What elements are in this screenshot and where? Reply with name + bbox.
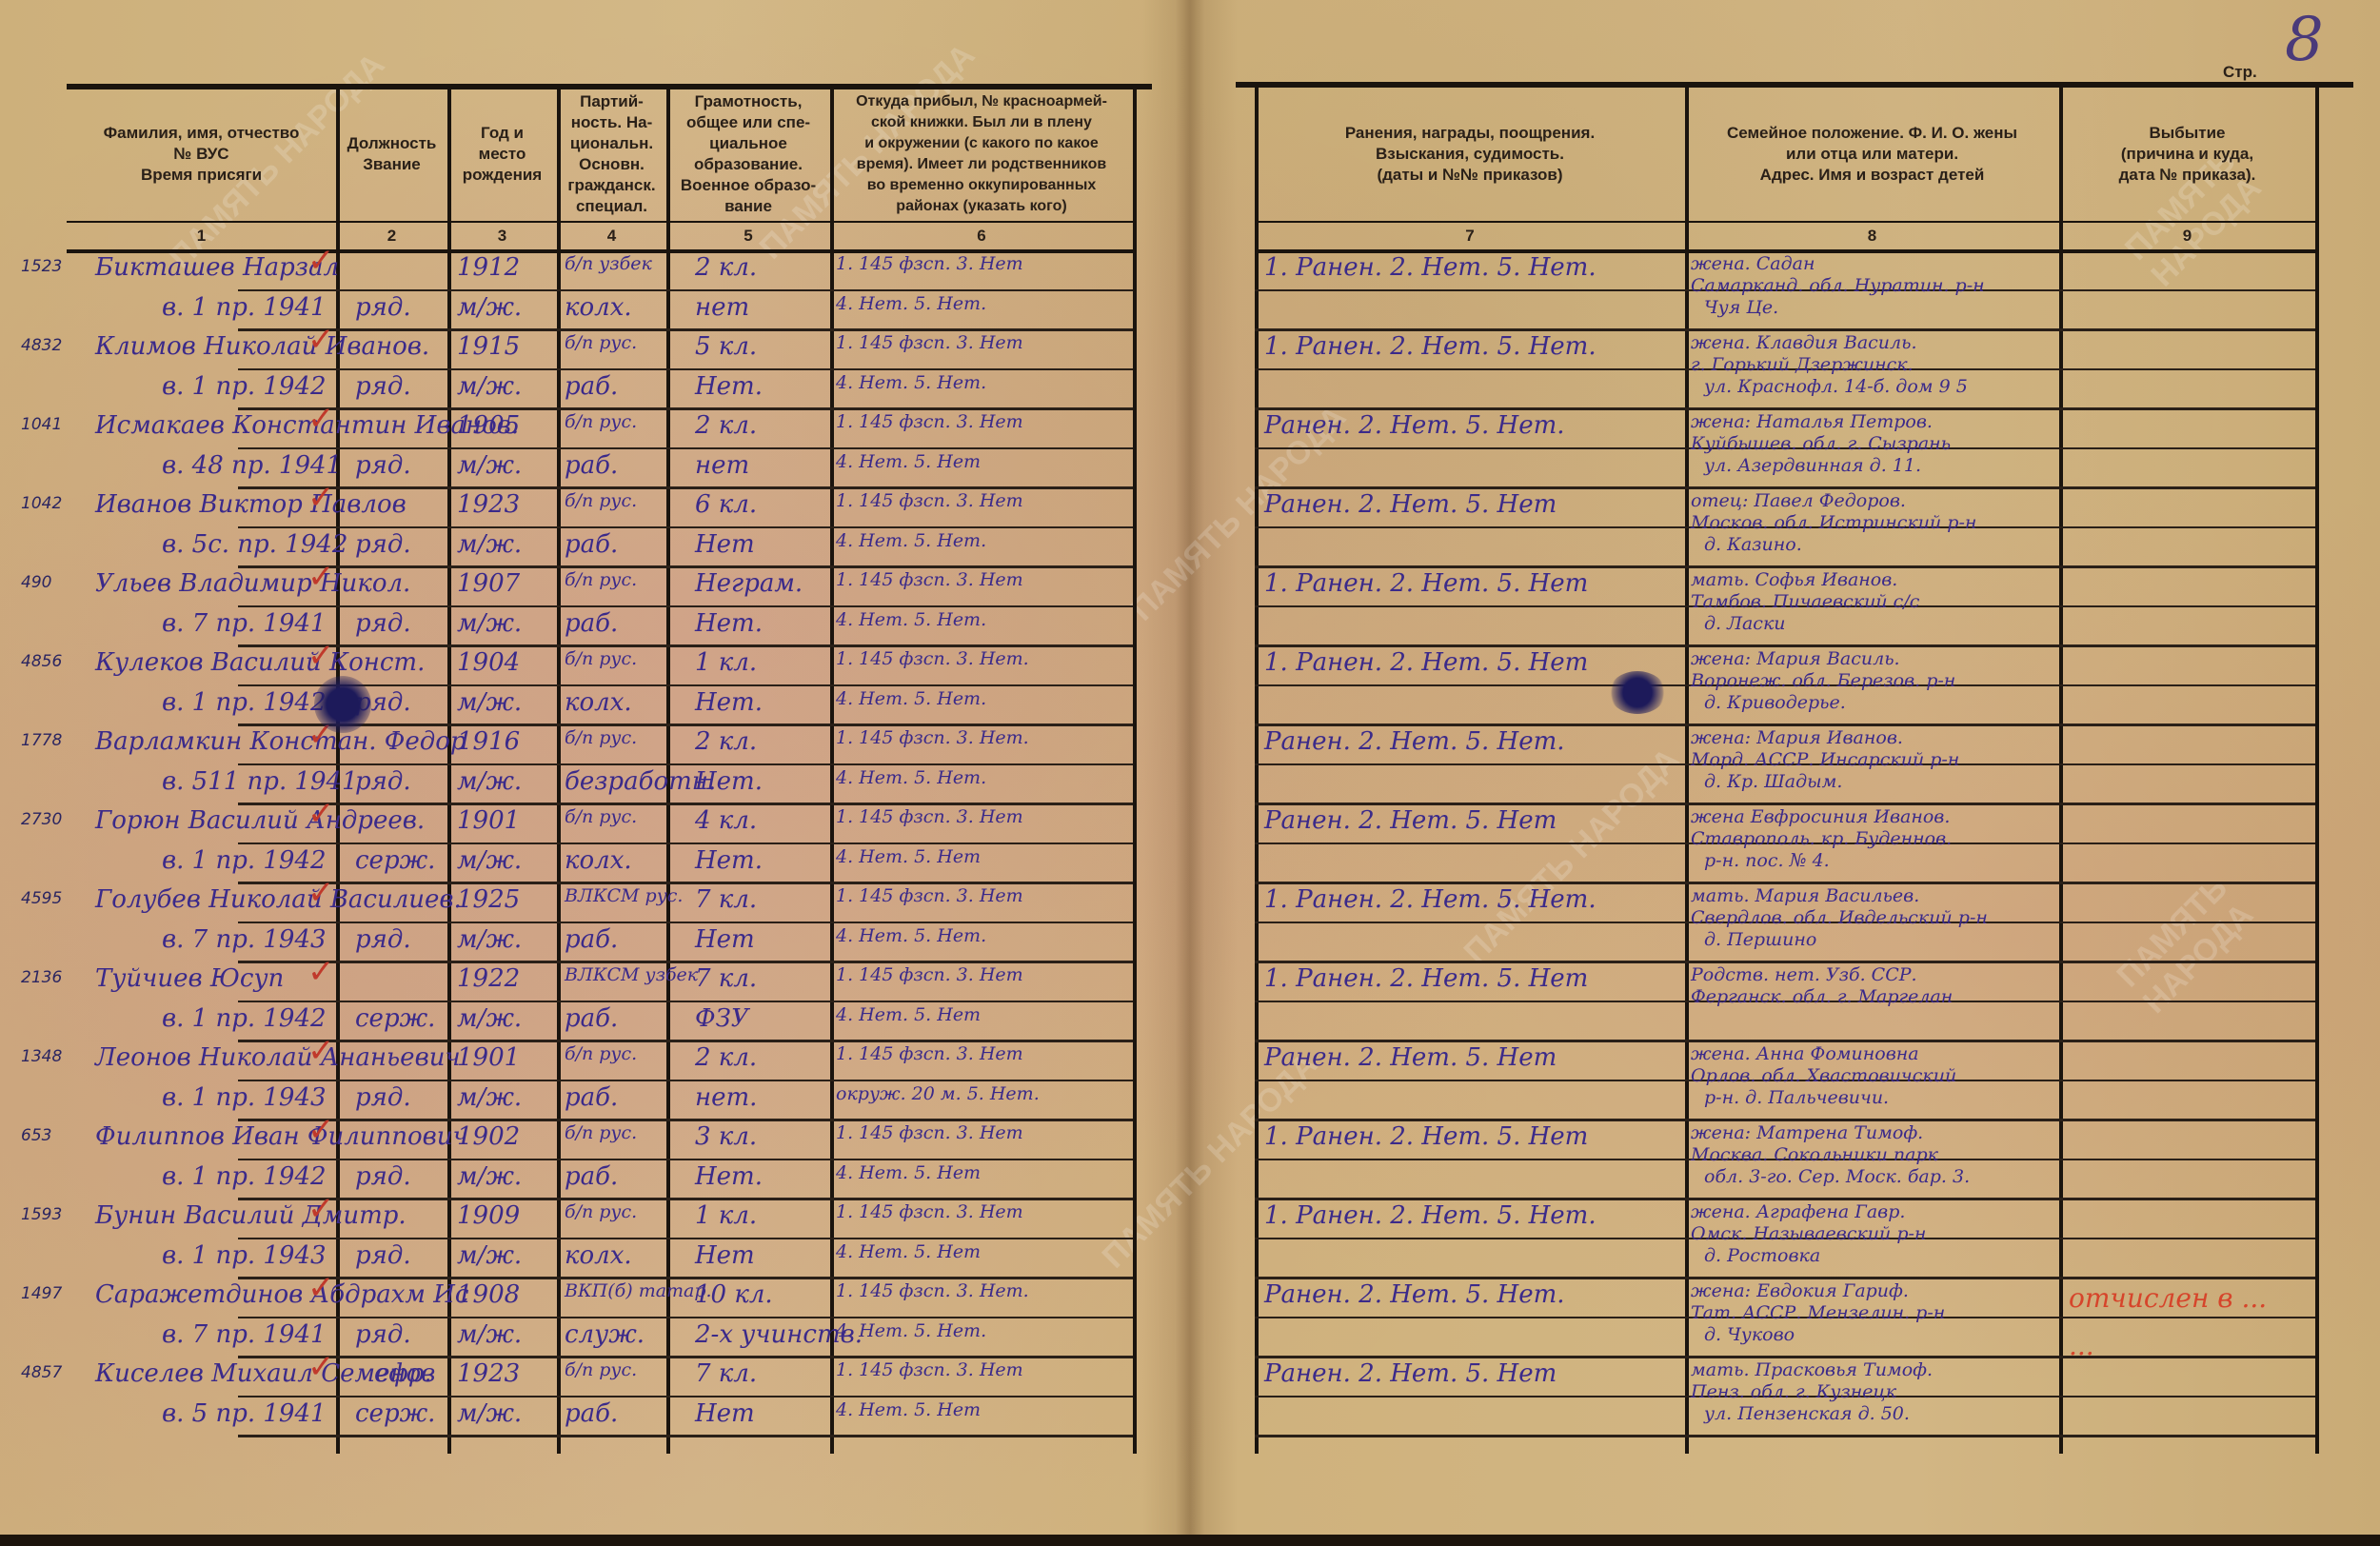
family-member: жена. Садан [1691, 255, 1815, 273]
rank: ряд. [355, 1243, 411, 1268]
header-text: Основн. [579, 154, 645, 175]
family-address: Москва. Сокольники парк [1691, 1146, 1938, 1164]
header-text: гражданск. [567, 175, 655, 196]
military-education: Нет. [695, 769, 763, 794]
soldier-name: Туйчиев Юсуп [95, 966, 284, 991]
party-nationality: б/п рус. [565, 492, 637, 510]
oath-date: в. 5 пр. 1941 [162, 1401, 327, 1426]
oath-date: в. 1 пр. 1941 [162, 295, 327, 320]
registration-number: 4595 [21, 889, 62, 908]
captivity-info: 4. Нет. 5. Нет. [836, 690, 986, 708]
awards-wounds: Ранен. 2. Нет. 5. Нет. [1264, 729, 1565, 754]
family-member: Родств. нет. Узб. ССР. [1691, 966, 1917, 984]
civil-specialty: раб. [565, 1085, 618, 1110]
header-text: рождения [463, 165, 542, 186]
family-address: Морд. АССР. Инсарский р-н [1691, 751, 1959, 769]
origin-info: 1. 145 фзсп. 3. Нет [836, 255, 1023, 273]
row-rule [238, 1001, 1133, 1002]
oath-date: в. 1 пр. 1942 [162, 374, 327, 399]
row-rule [1255, 723, 2315, 726]
education: 2 кл. [695, 413, 757, 438]
family-address-line: д. Кр. Шадым. [1704, 773, 1842, 791]
row-rule [238, 1080, 1133, 1081]
awards-wounds: 1. Ранен. 2. Нет. 5. Нет. [1264, 255, 1597, 280]
awards-wounds: 1. Ранен. 2. Нет. 5. Нет [1264, 1124, 1588, 1149]
awards-wounds: 1. Ранен. 2. Нет. 5. Нет. [1264, 1203, 1597, 1228]
header-text: Семейное положение. Ф. И. О. жены [1727, 123, 2017, 144]
military-education: ФЗУ [695, 1006, 749, 1031]
rank: ряд. [355, 532, 411, 557]
column-header-1: Фамилия, имя, отчество№ ВУСВремя присяги [67, 89, 336, 219]
party-nationality: б/п рус. [565, 413, 637, 431]
header-text: Откуда прибыл, № красноармей- [856, 91, 1107, 112]
birth-place: м/ж. [457, 1164, 522, 1189]
table-top-border [1236, 82, 2353, 88]
party-nationality: б/п рус. [565, 1045, 637, 1063]
column-number: 5 [666, 227, 830, 246]
birth-year: 1916 [457, 729, 520, 754]
row-rule [238, 1317, 1133, 1318]
header-text: циальное [709, 133, 787, 154]
family-address: Воронеж. обл. Березов. р-н [1691, 672, 1955, 690]
row-rule [1255, 803, 2315, 805]
family-address: Москов. обл. Истринский р-н [1691, 514, 1976, 532]
birth-year: 1904 [457, 650, 520, 675]
rank: серж. [355, 1006, 435, 1031]
family-address-line: р-н. д. Пальчевичи. [1704, 1089, 1889, 1107]
origin-info: 1. 145 фзсп. 3. Нет [836, 808, 1023, 826]
registration-number: 4856 [21, 652, 62, 671]
rank: ряд. [355, 453, 411, 478]
check-mark-icon: ✓ [307, 321, 335, 359]
column-header-3: Год иместорождения [447, 89, 557, 219]
education: 10 кл. [695, 1282, 773, 1307]
row-rule [238, 447, 1133, 449]
header-text: Ранения, награды, поощрения. [1345, 123, 1595, 144]
birth-year: 1909 [457, 1203, 520, 1228]
family-member: мать. Мария Васильев. [1691, 887, 1919, 905]
soldier-name: Голубев Николай Василиев. [95, 887, 462, 912]
captivity-info: 4. Нет. 5. Нет. [836, 611, 986, 629]
family-member: жена. Анна Фоминовна [1691, 1045, 1919, 1063]
awards-wounds: 1. Ранен. 2. Нет. 5. Нет. [1264, 334, 1597, 359]
ink-blot [1609, 671, 1666, 714]
family-address: Тамбов. Пичаевский с/с [1691, 593, 1919, 611]
education: 3 кл. [695, 1124, 757, 1149]
header-text: Военное образо- [681, 175, 816, 196]
check-mark-icon: ✓ [307, 479, 335, 517]
birth-place: м/ж. [457, 295, 522, 320]
birth-place: м/ж. [457, 848, 522, 873]
column-number: 9 [2059, 227, 2315, 246]
oath-date: в. 1 пр. 1942 [162, 1006, 327, 1031]
row-rule [238, 486, 1133, 489]
origin-info: 1. 145 фзсп. 3. Нет [836, 334, 1023, 352]
birth-year: 1923 [457, 492, 520, 517]
captivity-info: 4. Нет. 5. Нет [836, 1401, 981, 1419]
family-address-line: д. Криводерье. [1704, 694, 1846, 712]
birth-place: м/ж. [457, 769, 522, 794]
birth-year: 1912 [457, 255, 520, 280]
soldier-name: Ульев Владимир Никол. [95, 571, 410, 596]
military-education: Нет [695, 1243, 755, 1268]
captivity-info: 4. Нет. 5. Нет [836, 1243, 981, 1261]
row-rule [1255, 407, 2315, 410]
header-rule [1255, 221, 2315, 223]
registration-number: 1041 [21, 415, 62, 434]
oath-date: в. 1 пр. 1942 [162, 1164, 327, 1189]
family-address-line: д. Ростовка [1704, 1247, 1820, 1265]
birth-year: 1923 [457, 1361, 520, 1386]
family-address: г. Горький Дзержинск. [1691, 356, 1914, 374]
awards-wounds: Ранен. 2. Нет. 5. Нет [1264, 808, 1557, 833]
column-header-4: Партий-ность. На-циональн.Основн.граждан… [557, 89, 666, 219]
civil-specialty: раб. [565, 1006, 618, 1031]
origin-info: 1. 145 фзсп. 3. Нет [836, 492, 1023, 510]
oath-date: в. 48 пр. 1941 [162, 453, 342, 478]
row-rule [1255, 1198, 2315, 1200]
origin-info: 1. 145 фзсп. 3. Нет [836, 887, 1023, 905]
soldier-name: Климов Николай Иванов. [95, 334, 429, 359]
row-rule [238, 1198, 1133, 1200]
ink-blot [314, 676, 371, 733]
row-rule [238, 684, 1133, 686]
education: 2 кл. [695, 1045, 757, 1070]
row-rule [238, 1396, 1133, 1397]
family-address-line: ул. Азердвинная д. 11. [1704, 457, 1921, 475]
military-education: Нет. [695, 690, 763, 715]
column-header-2: ДолжностьЗвание [336, 89, 447, 219]
check-mark-icon: ✓ [307, 637, 335, 675]
family-address: Куйбышев. обл. г. Сызрань [1691, 435, 1951, 453]
row-rule [238, 407, 1133, 410]
row-rule [1255, 1119, 2315, 1121]
captivity-info: 4. Нет. 5. Нет [836, 453, 981, 471]
rank: ряд. [355, 611, 411, 636]
captivity-info: 4. Нет. 5. Нет. [836, 927, 986, 945]
registration-number: 1778 [21, 731, 62, 750]
header-text: вание [724, 196, 772, 217]
family-member: жена. Клавдия Василь. [1691, 334, 1917, 352]
military-education: Нет. [695, 1164, 763, 1189]
column-number: 6 [830, 227, 1133, 246]
family-member: мать. Софья Иванов. [1691, 571, 1897, 589]
origin-info: 1. 145 фзсп. 3. Нет. [836, 729, 1029, 747]
military-education: Нет. [695, 374, 763, 399]
education: 7 кл. [695, 1361, 757, 1386]
header-text: ской книжки. Был ли в плену [871, 112, 1092, 133]
check-mark-icon: ✓ [307, 795, 335, 833]
column-header-9: Выбытие(причина и куда,дата № приказа). [2059, 89, 2315, 219]
awards-wounds: 1. Ранен. 2. Нет. 5. Нет [1264, 650, 1588, 675]
row-rule [1255, 328, 2315, 331]
header-text: место [479, 144, 526, 165]
party-nationality: б/п рус. [565, 1361, 637, 1379]
party-nationality: ВКП(б) татар. [565, 1282, 712, 1300]
column-number: 4 [557, 227, 666, 246]
family-address-line: обл. 3-го. Сер. Моск. бар. 3. [1704, 1168, 1970, 1186]
captivity-info: 4. Нет. 5. Нет. [836, 769, 986, 787]
rank: ряд. [355, 295, 411, 320]
origin-info: 1. 145 фзсп. 3. Нет [836, 1045, 1023, 1063]
birth-year: 1905 [457, 413, 520, 438]
civil-specialty: раб. [565, 927, 618, 952]
check-mark-icon: ✓ [307, 874, 335, 912]
rank: ряд. [355, 769, 411, 794]
row-rule [238, 1356, 1133, 1358]
birth-year: 1907 [457, 571, 520, 596]
civil-specialty: колх. [565, 848, 632, 873]
header-text: и окружении (с какого по какое [864, 133, 1099, 154]
family-member: жена: Матрена Тимоф. [1691, 1124, 1923, 1142]
page-label: Стр. [2223, 63, 2257, 82]
header-text: во временно оккупированных [867, 175, 1097, 196]
departure-note: отчислен в ... [2069, 1282, 2267, 1314]
party-nationality: б/п рус. [565, 1203, 637, 1221]
party-nationality: б/п рус. [565, 1124, 637, 1142]
birth-place: м/ж. [457, 532, 522, 557]
check-mark-icon: ✓ [307, 1348, 335, 1386]
soldier-name: Иванов Виктор Павлов [95, 492, 407, 517]
birth-year: 1901 [457, 1045, 520, 1070]
rank: ряд. [355, 1322, 411, 1347]
origin-info: 1. 145 фзсп. 3. Нет [836, 1361, 1023, 1379]
education: 6 кл. [695, 492, 757, 517]
civil-specialty: раб. [565, 453, 618, 478]
header-rule [67, 221, 1133, 223]
civil-specialty: безработн. [565, 769, 716, 794]
origin-info: 1. 145 фзсп. 3. Нет [836, 1124, 1023, 1142]
row-rule [238, 526, 1133, 528]
captivity-info: окруж. 20 м. 5. Нет. [836, 1085, 1040, 1103]
rank: ряд. [355, 1085, 411, 1110]
party-nationality: б/п рус. [565, 729, 637, 747]
education: 5 кл. [695, 334, 757, 359]
family-address-line: ул. Краснофл. 14-б. дом 9 5 [1704, 378, 1968, 396]
header-text: Грамотность, [695, 91, 803, 112]
origin-info: 1. 145 фзсп. 3. Нет [836, 1203, 1023, 1221]
military-education: нет [695, 295, 749, 320]
awards-wounds: 1. Ранен. 2. Нет. 5. Нет. [1264, 887, 1597, 912]
row-rule [238, 882, 1133, 884]
family-address-line: д. Ласки [1704, 615, 1786, 633]
awards-wounds: Ранен. 2. Нет. 5. Нет [1264, 492, 1557, 517]
education: Неграм. [695, 571, 803, 596]
rank: ряд. [355, 374, 411, 399]
family-address-line: Чуя Це. [1704, 299, 1778, 317]
civil-specialty: колх. [565, 295, 632, 320]
family-address-line: д. Казино. [1704, 536, 1802, 554]
family-address-line: ул. Пензенская д. 50. [1704, 1405, 1910, 1423]
family-address: Омск. Называевский р-н [1691, 1225, 1926, 1243]
row-rule [1255, 644, 2315, 647]
header-text: Должность [347, 133, 437, 154]
awards-wounds: Ранен. 2. Нет. 5. Нет [1264, 1361, 1557, 1386]
education: 1 кл. [695, 650, 757, 675]
check-mark-icon: ✓ [307, 400, 335, 438]
party-nationality: ВЛКСМ узбек [565, 966, 698, 984]
column-divider [2315, 84, 2319, 1454]
birth-year: 1922 [457, 966, 520, 991]
position: ефр. [374, 1361, 432, 1386]
header-text: районах (указать кого) [896, 196, 1066, 217]
departure-note: ... [2069, 1330, 2094, 1361]
party-nationality: б/п рус. [565, 571, 637, 589]
family-address: Тат. АССР. Мензелин. р-н [1691, 1304, 1945, 1322]
column-number: 1 [67, 227, 336, 246]
party-nationality: б/п узбек [565, 255, 652, 273]
origin-info: 1. 145 фзсп. 3. Нет [836, 413, 1023, 431]
birth-place: м/ж. [457, 374, 522, 399]
civil-specialty: служ. [565, 1322, 645, 1347]
civil-specialty: раб. [565, 1164, 618, 1189]
column-header-6: Откуда прибыл, № красноармей-ской книжки… [830, 89, 1133, 219]
soldier-name: Леонов Николай Ананьевич [95, 1045, 461, 1070]
military-education: Нет. [695, 611, 763, 636]
page-number: 8 [2285, 5, 2324, 75]
row-rule [238, 328, 1133, 331]
civil-specialty: колх. [565, 1243, 632, 1268]
registration-number: 2730 [21, 810, 62, 829]
header-text: циональн. [570, 133, 653, 154]
birth-place: м/ж. [457, 1322, 522, 1347]
birth-place: м/ж. [457, 927, 522, 952]
oath-date: в. 7 пр. 1943 [162, 927, 327, 952]
civil-specialty: раб. [565, 1401, 618, 1426]
check-mark-icon: ✓ [307, 242, 335, 280]
registration-number: 1497 [21, 1284, 62, 1303]
captivity-info: 4. Нет. 5. Нет [836, 1006, 981, 1024]
registration-number: 1593 [21, 1205, 62, 1224]
row-rule [1255, 1277, 2315, 1279]
registration-number: 4857 [21, 1363, 62, 1382]
registration-number: 4832 [21, 336, 62, 355]
family-member: жена. Аграфена Гавр. [1691, 1203, 1905, 1221]
family-address: Свердлов. обл. Ивдельский р-н [1691, 909, 1988, 927]
header-text: Год и [481, 123, 524, 144]
oath-date: в. 7 пр. 1941 [162, 611, 327, 636]
registration-number: 1348 [21, 1047, 62, 1066]
row-rule [1255, 1356, 2315, 1358]
origin-info: 1. 145 фзсп. 3. Нет. [836, 650, 1029, 668]
origin-info: 1. 145 фзсп. 3. Нет [836, 966, 1023, 984]
header-text: (даты и №№ приказов) [1377, 165, 1562, 186]
header-text: специал. [576, 196, 647, 217]
birth-place: м/ж. [457, 1401, 522, 1426]
row-rule [238, 605, 1133, 607]
soldier-name: Кулеков Василий Конст. [95, 650, 425, 675]
header-text: Адрес. Имя и возраст детей [1760, 165, 1985, 186]
check-mark-icon: ✓ [307, 953, 335, 991]
family-address: Ставрополь. кр. Буденнов. [1691, 830, 1952, 848]
family-address-line: д. Першино [1704, 931, 1816, 949]
check-mark-icon: ✓ [307, 1111, 335, 1149]
party-nationality: ВЛКСМ рус. [565, 887, 683, 905]
civil-specialty: колх. [565, 690, 632, 715]
soldier-name: Филиппов Иван Филиппович [95, 1124, 468, 1149]
military-education: Нет. [695, 848, 763, 873]
birth-year: 1915 [457, 334, 520, 359]
row-rule [238, 803, 1133, 805]
column-header-5: Грамотность,общее или спе-циальноеобразо… [666, 89, 830, 219]
registration-number: 1042 [21, 494, 62, 513]
military-education: нет. [695, 1085, 757, 1110]
soldier-name: Варламкин Констан. Федор [95, 729, 466, 754]
oath-date: в. 1 пр. 1942 [162, 690, 327, 715]
education: 2 кл. [695, 729, 757, 754]
birth-place: м/ж. [457, 611, 522, 636]
education: 1 кл. [695, 1203, 757, 1228]
column-number: 8 [1685, 227, 2059, 246]
header-text: (причина и куда, [2121, 144, 2253, 165]
soldier-name: Бунин Василий Дмитр. [95, 1203, 407, 1228]
education: 2 кл. [695, 255, 757, 280]
birth-place: м/ж. [457, 690, 522, 715]
row-rule [238, 289, 1133, 291]
column-number: 7 [1255, 227, 1685, 246]
registration-number: 1523 [21, 257, 62, 276]
rank: ряд. [355, 927, 411, 952]
header-text: общее или спе- [686, 112, 810, 133]
family-address: Самарканд. обл. Нуратин. р-н [1691, 277, 1985, 295]
row-rule [238, 1040, 1133, 1042]
row-rule [238, 644, 1133, 647]
row-rule [238, 723, 1133, 726]
row-rule [238, 1435, 1133, 1437]
captivity-info: 4. Нет. 5. Нет. [836, 295, 986, 313]
header-text: Взыскания, судимость. [1376, 144, 1564, 165]
check-mark-icon: ✓ [307, 1269, 335, 1307]
rank: серж. [355, 1401, 435, 1426]
origin-info: 1. 145 фзсп. 3. Нет [836, 571, 1023, 589]
registration-number: 490 [21, 573, 51, 592]
soldier-name: Саражетдинов Абдрахм Ис [95, 1282, 468, 1307]
awards-wounds: Ранен. 2. Нет. 5. Нет [1264, 1045, 1557, 1070]
header-text: Звание [363, 154, 421, 175]
family-address: Пенз. обл. г. Кузнецк [1691, 1383, 1896, 1401]
family-member: жена: Мария Василь. [1691, 650, 1900, 668]
column-number: 3 [447, 227, 557, 246]
civil-specialty: раб. [565, 611, 618, 636]
military-education: Нет [695, 532, 755, 557]
family-member: жена: Мария Иванов. [1691, 729, 1903, 747]
row-rule [238, 565, 1133, 568]
header-text: образование. [694, 154, 803, 175]
family-member: жена Евфросиния Иванов. [1691, 808, 1950, 826]
row-rule [238, 1119, 1133, 1121]
birth-year: 1901 [457, 808, 520, 833]
column-divider [1133, 84, 1137, 1454]
awards-wounds: 1. Ранен. 2. Нет. 5. Нет [1264, 966, 1588, 991]
captivity-info: 4. Нет. 5. Нет. [836, 1322, 986, 1340]
header-text: Выбытие [2149, 123, 2225, 144]
header-text: Время присяги [141, 165, 262, 186]
row-rule [238, 922, 1133, 923]
civil-specialty: раб. [565, 532, 618, 557]
header-text: дата № приказа). [2119, 165, 2256, 186]
education: 7 кл. [695, 887, 757, 912]
column-header-7: Ранения, награды, поощрения.Взыскания, с… [1255, 89, 1685, 219]
family-address: Орлов. обл. Хвастовичский [1691, 1067, 1956, 1085]
party-nationality: б/п рус. [565, 650, 637, 668]
birth-year: 1925 [457, 887, 520, 912]
row-rule [1255, 961, 2315, 963]
soldier-name: Бикташев Нарзал [95, 255, 339, 280]
military-education: Нет [695, 1401, 755, 1426]
oath-date: в. 1 пр. 1943 [162, 1085, 327, 1110]
header-text: время). Имеет ли родственников [857, 154, 1106, 175]
captivity-info: 4. Нет. 5. Нет [836, 1164, 981, 1182]
